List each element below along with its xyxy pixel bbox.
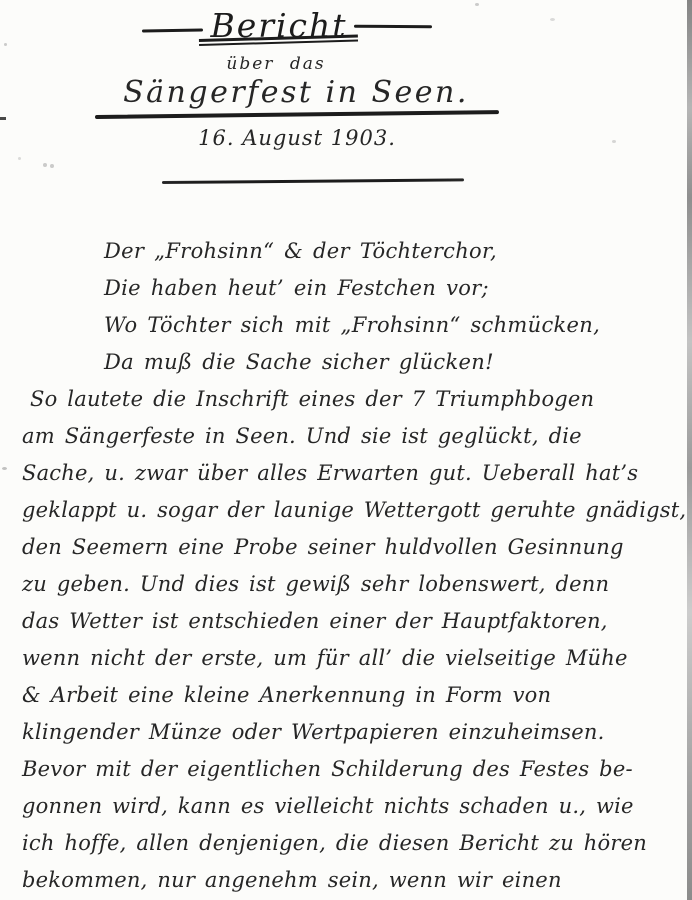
prose-line: wenn nicht der erste, um für all’ die vi… — [22, 640, 686, 677]
prose-line: am Sängerfeste in Seen. Und sie ist gegl… — [22, 418, 686, 455]
title-left-flourish-line — [142, 28, 203, 32]
poem-line: Da muß die Sache sicher glücken! — [104, 344, 600, 381]
prose-line: den Seemern eine Probe seiner huldvollen… — [22, 529, 686, 566]
scan-speck — [43, 163, 47, 167]
report-event-title: Sängerfest in Seen. — [100, 75, 492, 110]
prose-line: bekommen, nur angenehm sein, wenn wir ei… — [22, 862, 686, 899]
poem-line: Der „Frohsinn“ & der Töchterchor, — [104, 233, 600, 270]
scan-speck — [18, 157, 21, 160]
prose-line: zu geben. Und dies ist gewiß sehr lobens… — [22, 566, 686, 603]
prose-line: das Wetter ist entschieden einer der Hau… — [22, 603, 686, 640]
scan-speck — [612, 140, 616, 143]
report-date: 16. August 1903. — [162, 126, 432, 150]
scan-speck — [475, 3, 479, 6]
title-right-flourish-line — [354, 25, 432, 29]
scan-speck — [4, 43, 7, 46]
scan-edge-shadow — [687, 0, 692, 900]
title-separator-rule — [162, 178, 464, 184]
prose-line: Bevor mit der eigentlichen Schilderung d… — [22, 751, 686, 788]
scan-speck — [0, 117, 6, 120]
scan-speck — [50, 164, 54, 168]
report-subtitle: über das — [0, 54, 552, 74]
prose-line: & Arbeit eine kleine Anerkennung in Form… — [22, 677, 686, 714]
prose-line: klingender Münze oder Wertpapieren einzu… — [22, 714, 686, 751]
poem-line: Die haben heut’ ein Festchen vor; — [104, 270, 600, 307]
scan-speck — [2, 467, 7, 470]
prose-line: geklappt u. sogar der launige Wettergott… — [22, 492, 686, 529]
prose-line: So lautete die Inschrift eines der 7 Tri… — [22, 381, 686, 418]
event-title-underline — [95, 110, 499, 118]
scan-speck — [550, 18, 555, 21]
prose-line: gonnen wird, kann es vielleicht nichts s… — [22, 788, 686, 825]
opening-verse: Der „Frohsinn“ & der Töchterchor, Die ha… — [104, 233, 600, 381]
poem-line: Wo Töchter sich mit „Frohsinn“ schmücken… — [104, 307, 600, 344]
report-body-text: So lautete die Inschrift eines der 7 Tri… — [22, 381, 686, 899]
prose-line: Sache, u. zwar über alles Erwarten gut. … — [22, 455, 686, 492]
prose-line: ich hoffe, allen denjenigen, die diesen … — [22, 825, 686, 862]
scanned-report-page: Bericht über das Sängerfest in Seen. 16.… — [0, 0, 692, 900]
